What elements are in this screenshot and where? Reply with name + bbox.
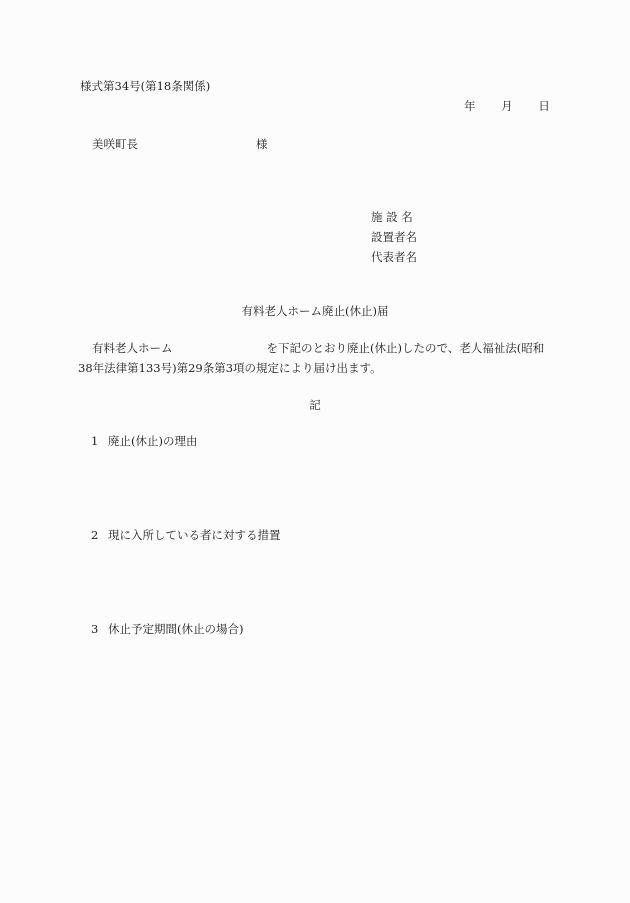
document-page: { "header": { "form_number": "様式第34号(第18… [0,0,630,903]
section-label: 現に入所している者に対する措置 [108,528,281,542]
section-number: 2 [91,530,108,542]
document-title: 有料老人ホーム廃止(休止)届 [0,306,630,318]
honorific: 様 [256,139,268,151]
section-3: 3休止予定期間(休止の場合) [91,624,243,636]
section-number: 3 [91,624,108,636]
body-line1-prefix: 有料老人ホーム [92,341,173,355]
section-2: 2現に入所している者に対する措置 [91,530,281,542]
section-1: 1廃止(休止)の理由 [91,436,197,448]
date-year-label: 年 [464,101,476,113]
body-line-2: 38年法律第133号)第29条第3項の規定により届け出ます。 [78,363,555,383]
date-line: 年 月 日 [464,101,550,113]
representative-name-label: 代表者名 [371,252,417,272]
body-paragraph: 有料老人ホームを下記のとおり廃止(休止)したので、老人福祉法(昭和 38年法律第… [80,343,555,383]
founder-name-label: 設置者名 [371,232,417,252]
date-month-label: 月 [501,101,513,113]
date-day-label: 日 [538,101,550,113]
section-label: 廃止(休止)の理由 [108,434,197,448]
applicant-block: 施 設 名 設置者名 代表者名 [371,212,417,272]
section-label: 休止予定期間(休止の場合) [108,622,243,636]
section-number: 1 [91,436,108,448]
body-line1-suffix: を下記のとおり廃止(休止)したので、老人福祉法(昭和 [267,341,545,355]
facility-name-label: 施 設 名 [371,212,417,232]
form-number: 様式第34号(第18条関係) [80,81,210,93]
addressee: 美咲町長 [92,139,138,151]
body-line-1: 有料老人ホームを下記のとおり廃止(休止)したので、老人福祉法(昭和 [80,343,555,363]
ki-heading: 記 [0,400,630,412]
